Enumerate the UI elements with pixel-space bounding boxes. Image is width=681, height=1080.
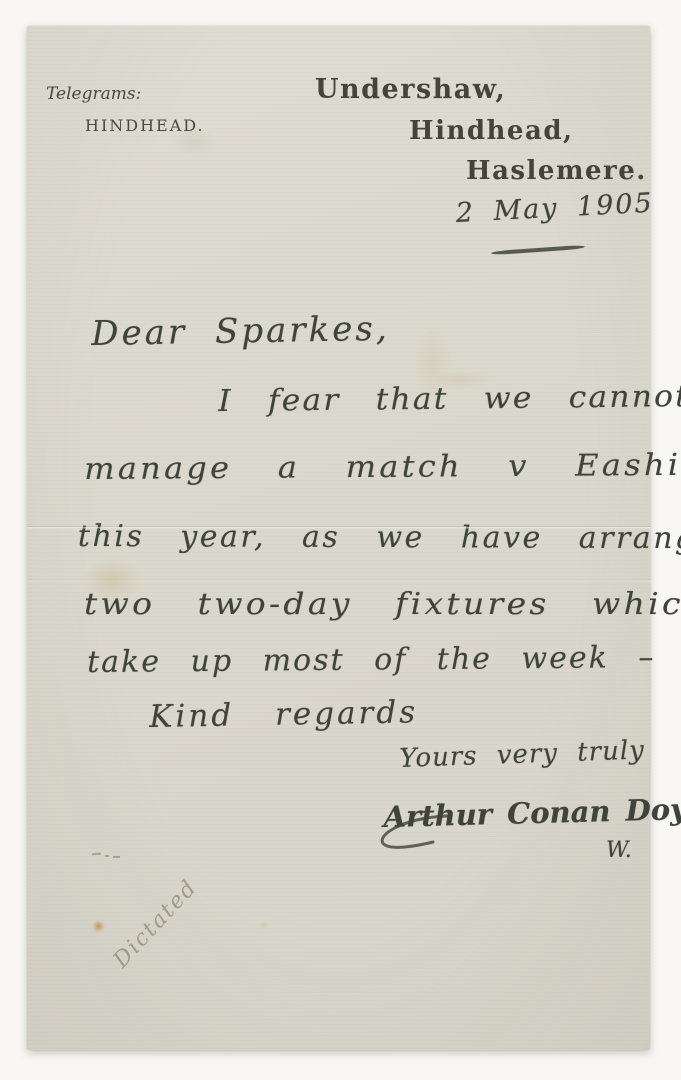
body-line: manage a match v Eashing bbox=[84, 447, 681, 487]
pencil-dash bbox=[105, 855, 109, 857]
fold-crease bbox=[27, 579, 650, 582]
foxing-dot bbox=[261, 922, 267, 928]
address-line-haslemere: Haslemere. bbox=[466, 156, 647, 186]
body-line: take up most of the week – bbox=[87, 640, 656, 680]
closing-regards: Kind regards bbox=[149, 694, 418, 735]
foxing-dot bbox=[93, 920, 104, 933]
signature-initial: W. bbox=[606, 838, 632, 863]
pencil-dash bbox=[92, 853, 101, 856]
letter-paper: Telegrams: HINDHEAD. Undershaw, Hindhead… bbox=[27, 26, 650, 1050]
handwritten-date: 2 May 1905 bbox=[455, 188, 654, 229]
address-line-hindhead: Hindhead, bbox=[409, 116, 574, 146]
address-line-undershaw: Undershaw, bbox=[315, 74, 506, 105]
valediction: Yours very truly bbox=[399, 735, 645, 774]
telegrams-label: Telegrams: bbox=[46, 84, 141, 104]
pencil-dash bbox=[113, 856, 120, 858]
scan-background: { "colors": { "scan_background": "#f8f7f… bbox=[0, 0, 681, 1080]
date-underline-flourish bbox=[491, 245, 585, 255]
signature: Arthur Conan Doyle bbox=[383, 791, 681, 834]
pencil-annotation: Dictated bbox=[109, 875, 203, 973]
body-line: two two-day fixtures which bbox=[84, 587, 681, 622]
body-line: this year, as we have arranged bbox=[78, 519, 681, 556]
body-line: I fear that we cannot bbox=[218, 379, 681, 419]
salutation: Dear Sparkes, bbox=[91, 309, 390, 354]
telegrams-address: HINDHEAD. bbox=[85, 116, 205, 135]
